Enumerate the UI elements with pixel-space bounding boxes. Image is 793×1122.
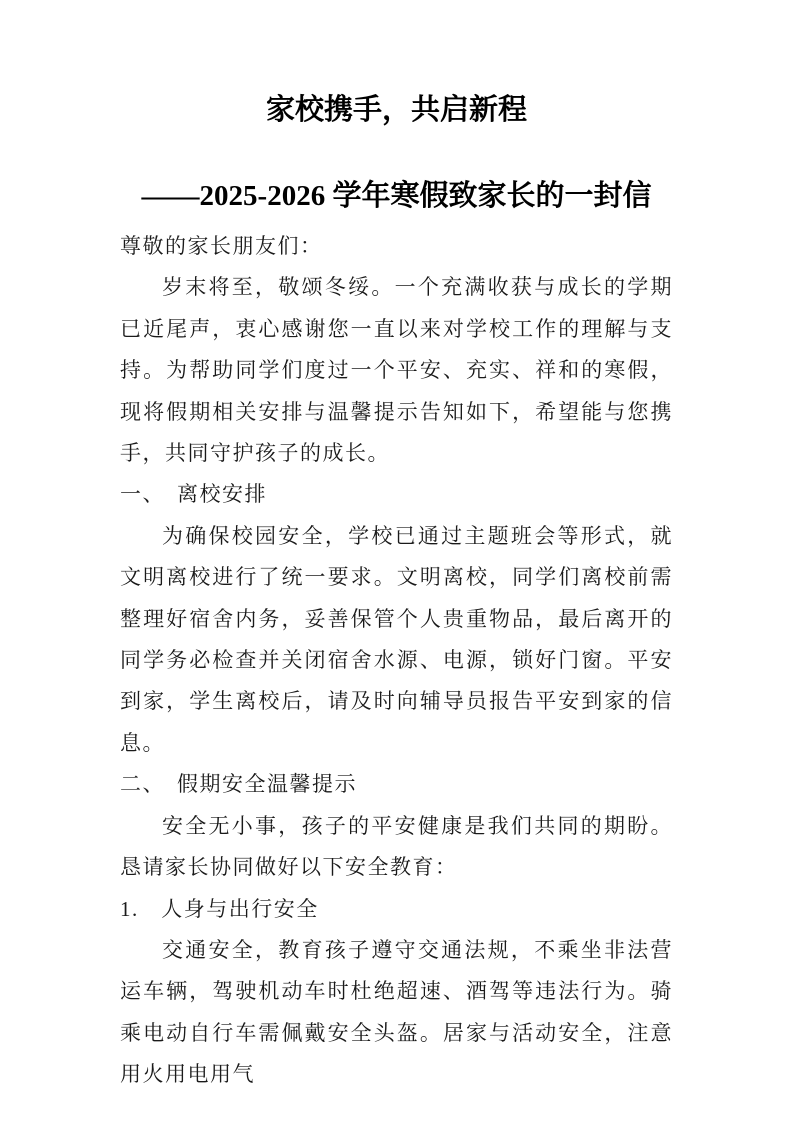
- paragraph-intro: 岁末将至，敬颂冬绥。一个充满收获与成长的学期已近尾声，衷心感谢您一直以来对学校工…: [120, 267, 673, 474]
- paragraph-safety-intro: 安全无小事，孩子的平安健康是我们共同的期盼。恳请家长协同做好以下安全教育：: [120, 806, 673, 889]
- paragraph-travel-safety: 交通安全，教育孩子遵守交通法规，不乘坐非法营运车辆，驾驶机动车时杜绝超速、酒驾等…: [120, 930, 673, 1096]
- section-heading-safety-tips: 二、 假期安全温馨提示: [120, 764, 673, 805]
- document-subtitle: ——2025-2026 学年寒假致家长的一封信: [120, 176, 673, 216]
- document-title: 家校携手，共启新程: [120, 0, 673, 130]
- document-content: 家校携手，共启新程 ——2025-2026 学年寒假致家长的一封信 尊敬的家长朋…: [0, 0, 793, 1096]
- paragraph-departure-details: 为确保校园安全，学校已通过主题班会等形式，就文明离校进行了统一要求。文明离校，同…: [120, 516, 673, 764]
- document-body: 尊敬的家长朋友们： 岁末将至，敬颂冬绥。一个充满收获与成长的学期已近尾声，衷心感…: [120, 226, 673, 1096]
- section-heading-departure: 一、 离校安排: [120, 474, 673, 515]
- document-page: 家校携手，共启新程 ——2025-2026 学年寒假致家长的一封信 尊敬的家长朋…: [0, 0, 793, 1122]
- numbered-heading-personal-travel-safety: 1. 人身与出行安全: [120, 889, 673, 930]
- salutation: 尊敬的家长朋友们：: [120, 226, 673, 267]
